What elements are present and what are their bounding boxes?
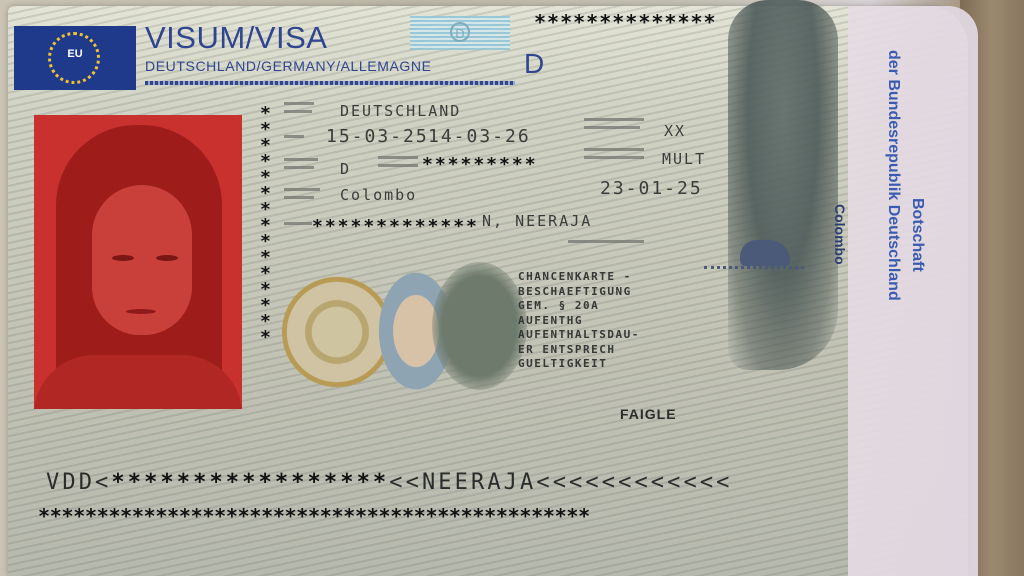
embassy-stamp-line3: Colombo xyxy=(832,204,848,265)
remark-line: AUFENTHG xyxy=(518,314,640,329)
field-passport-number-redacted: ********* xyxy=(422,154,538,175)
remark-line: GEM. § 20A xyxy=(518,299,640,314)
field-label xyxy=(584,148,644,151)
field-label xyxy=(284,222,312,225)
field-label xyxy=(378,164,418,167)
field-label xyxy=(284,110,312,113)
vertical-redaction: *************** xyxy=(260,106,274,346)
remark-line: GUELTIGKEIT xyxy=(518,357,640,372)
holder-photo xyxy=(34,115,242,409)
field-label xyxy=(568,240,644,243)
eu-label: EU xyxy=(14,48,136,60)
mrz-line1-suffix: <<NEERAJA<<<<<<<<<<<< xyxy=(389,470,732,495)
remark-line: ER ENTSPRECH xyxy=(518,343,640,358)
mrz-line2-redacted: ****************************************… xyxy=(38,504,590,528)
field-label xyxy=(378,156,418,159)
remarks: CHANCENKARTE -BESCHAEFTIGUNGGEM. § 20AAU… xyxy=(518,270,640,372)
field-name-redacted: ************* xyxy=(312,216,479,237)
mrz-line-1: VDD<*****************<<NEERAJA<<<<<<<<<<… xyxy=(46,470,733,495)
remark-line: AUFENTHALTSDAU- xyxy=(518,328,640,343)
field-label xyxy=(584,118,644,121)
eu-flag: EU xyxy=(14,26,136,90)
issuing-country: DEUTSCHLAND/GERMANY/ALLEMAGNE xyxy=(145,58,432,74)
mrz-line-2: ****************************************… xyxy=(38,504,590,528)
field-number-of-entries: MULT xyxy=(662,150,706,168)
field-valid-for: DEUTSCHLAND xyxy=(340,102,461,120)
field-type-of-visa: D xyxy=(340,160,351,178)
embassy-stamp-line1: Botschaft xyxy=(908,198,926,272)
field-valid-until: 14-03-26 xyxy=(428,126,531,147)
field-issue-date: 23-01-25 xyxy=(600,178,703,199)
remark-line: BESCHAEFTIGUNG xyxy=(518,285,640,300)
kinegram-security-feature xyxy=(728,0,838,370)
serial-number-redacted: ************** xyxy=(534,10,717,34)
field-label xyxy=(284,196,314,199)
field-label xyxy=(584,126,640,129)
field-name-visible: N, NEERAJA xyxy=(482,212,592,230)
visa-category: D xyxy=(524,48,544,80)
remark-line: CHANCENKARTE - xyxy=(518,270,640,285)
hologram-d-icon: D xyxy=(410,16,510,50)
embassy-seal xyxy=(282,262,522,402)
hologram-letter: D xyxy=(450,22,470,42)
visa-title: VISUM/VISA xyxy=(145,20,327,56)
field-issued-in: Colombo xyxy=(340,186,417,204)
sticker-right-panel xyxy=(848,6,978,576)
bear-icon xyxy=(740,240,790,266)
microprint-line xyxy=(145,81,515,85)
field-label xyxy=(284,166,314,169)
field-label xyxy=(284,135,304,138)
embassy-stamp-line2: der Bundesrepublik Deutschland xyxy=(884,50,902,301)
field-label xyxy=(284,158,318,161)
field-label xyxy=(584,156,644,159)
ink-stamp-icon xyxy=(432,262,527,390)
mrz-line1-redacted: ***************** xyxy=(111,470,389,495)
dotted-line xyxy=(704,266,804,269)
mrz-line1-prefix: VDD< xyxy=(46,470,111,495)
field-duration-of-stay: XX xyxy=(664,122,686,140)
field-label xyxy=(284,102,314,105)
field-valid-from: 15-03-25 xyxy=(326,126,429,147)
officer-signature: FAIGLE xyxy=(620,406,677,422)
field-label xyxy=(284,188,320,191)
